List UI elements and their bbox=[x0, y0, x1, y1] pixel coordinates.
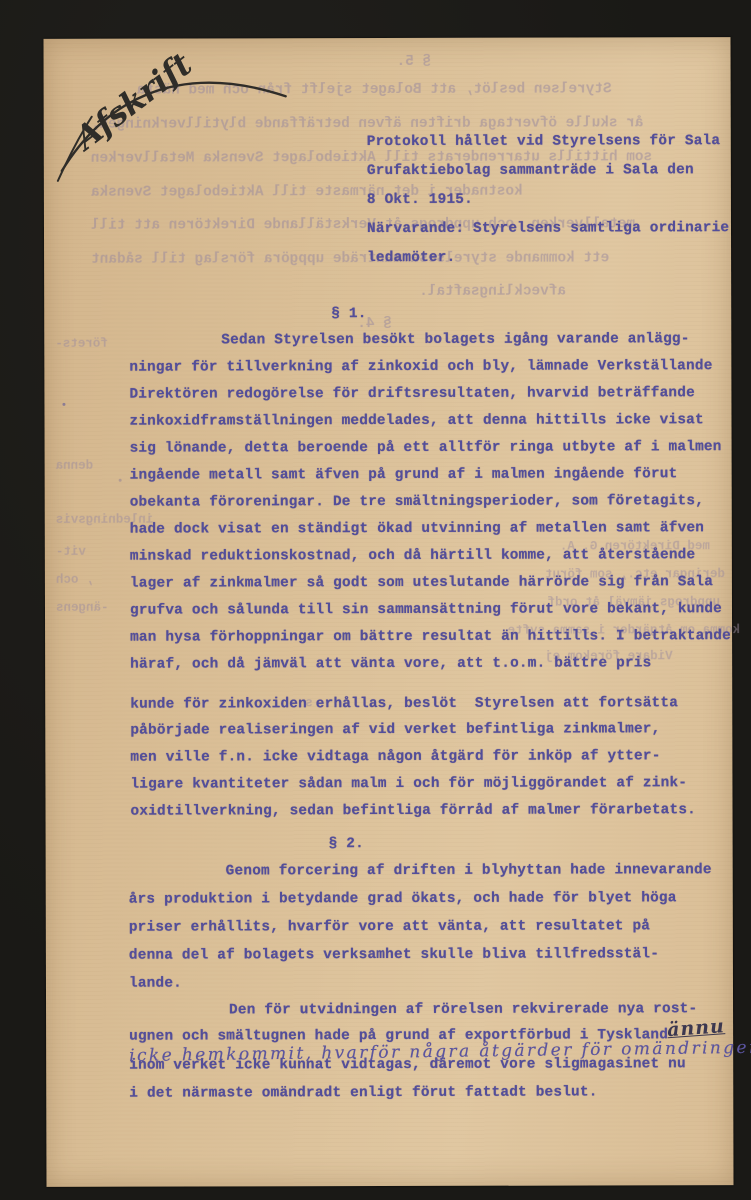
protocol-heading: Protokoll hållet vid Styrelsens för Sala… bbox=[367, 133, 730, 279]
document-paper: § 5. Styrelsen beslöt, att Bolaget sjelf… bbox=[43, 37, 733, 1187]
typed-line: kunde för zinkoxiden erhållas, beslöt St… bbox=[130, 695, 678, 712]
signature-flourish: Afskrift bbox=[47, 38, 297, 189]
typed-line: denna del af bolagets verksamhet skulle … bbox=[129, 946, 659, 963]
heading-line: Närvarande: Styrelsens samtliga ordinari… bbox=[367, 220, 729, 250]
typed-line: ligare kvantiteter sådan malm i och för … bbox=[130, 775, 687, 792]
typed-line: sig lönande, detta beroende på ett alltf… bbox=[130, 439, 722, 457]
heading-line: ledamöter. bbox=[367, 249, 729, 279]
heading-line: Protokoll hållet vid Styrelsens för Sala bbox=[367, 133, 729, 163]
typed-line: Direktören redogörelse för driftsresulta… bbox=[129, 385, 695, 402]
typed-line: priser erhållits, hvarför vore att vänta… bbox=[129, 918, 650, 935]
scan-background: § 5. Styrelsen beslöt, att Bolaget sjelf… bbox=[0, 0, 751, 1200]
bleedthrough-line: vit- bbox=[56, 545, 86, 559]
typed-line: hade dock visat en ständigt ökad utvinni… bbox=[130, 520, 704, 538]
typed-line: lager af zinkmalmer så godt som utesluta… bbox=[130, 574, 713, 592]
typed-line: Genom forcering af driften i blyhyttan h… bbox=[226, 862, 712, 879]
section-1-heading: § 1. bbox=[331, 306, 366, 322]
bleedthrough-line: afvecklingsaftal. bbox=[419, 284, 566, 300]
typed-line: men ville f.n. icke vidtaga någon åtgärd… bbox=[130, 748, 660, 765]
typed-line: man hysa förhoppningar om bättre resulta… bbox=[130, 628, 731, 646]
bleedthrough-line: -ängens bbox=[56, 601, 109, 615]
typed-line: ningar för tillverkning af zinkoxid och … bbox=[129, 358, 712, 376]
typed-line: Den för utvidningen af rörelsen rekvirer… bbox=[229, 1001, 697, 1018]
typed-line: oxidtillverkning, sedan befintliga förrå… bbox=[131, 802, 697, 819]
typed-line: grufva och sålunda till sin sammansättni… bbox=[130, 601, 722, 619]
bleedthrough-line: , och bbox=[56, 573, 94, 587]
typed-line: minskad reduktionskostnad, och då härtil… bbox=[130, 547, 696, 564]
typed-line: års produktion i betydande grad ökats, o… bbox=[129, 890, 677, 907]
ink-dot-mark bbox=[62, 403, 65, 406]
heading-line: Grufaktiebolag sammanträde i Sala den bbox=[367, 162, 729, 192]
afskrift-annotation: Afskrift bbox=[47, 38, 297, 189]
bleedthrough-line: denna bbox=[56, 459, 94, 473]
typed-line: Sedan Styrelsen besökt bolagets igång va… bbox=[221, 331, 689, 348]
heading-line: 8 Okt. 1915. bbox=[367, 191, 729, 221]
typed-line: ingående metall samt äfven på grund af i… bbox=[130, 466, 678, 483]
bleedthrough-line: förets- bbox=[55, 337, 108, 351]
ink-dot-mark bbox=[119, 479, 122, 482]
typed-line: obekanta föroreningar. De tre smältnings… bbox=[130, 493, 704, 511]
typed-line: lande. bbox=[129, 976, 182, 992]
typed-line: i det närmaste omändradt enligt förut fa… bbox=[129, 1084, 597, 1101]
typed-line: påbörjade realiseringen af vid verket be… bbox=[130, 721, 660, 738]
typed-line: häraf, och då jämväl att vänta vore, att… bbox=[130, 655, 651, 672]
bleedthrough-line: § 5. bbox=[397, 54, 432, 70]
typed-line: zinkoxidframställningen meddelades, att … bbox=[129, 412, 703, 430]
afskrift-text: Afskrift bbox=[65, 45, 199, 159]
section-2-heading: § 2. bbox=[329, 836, 364, 852]
